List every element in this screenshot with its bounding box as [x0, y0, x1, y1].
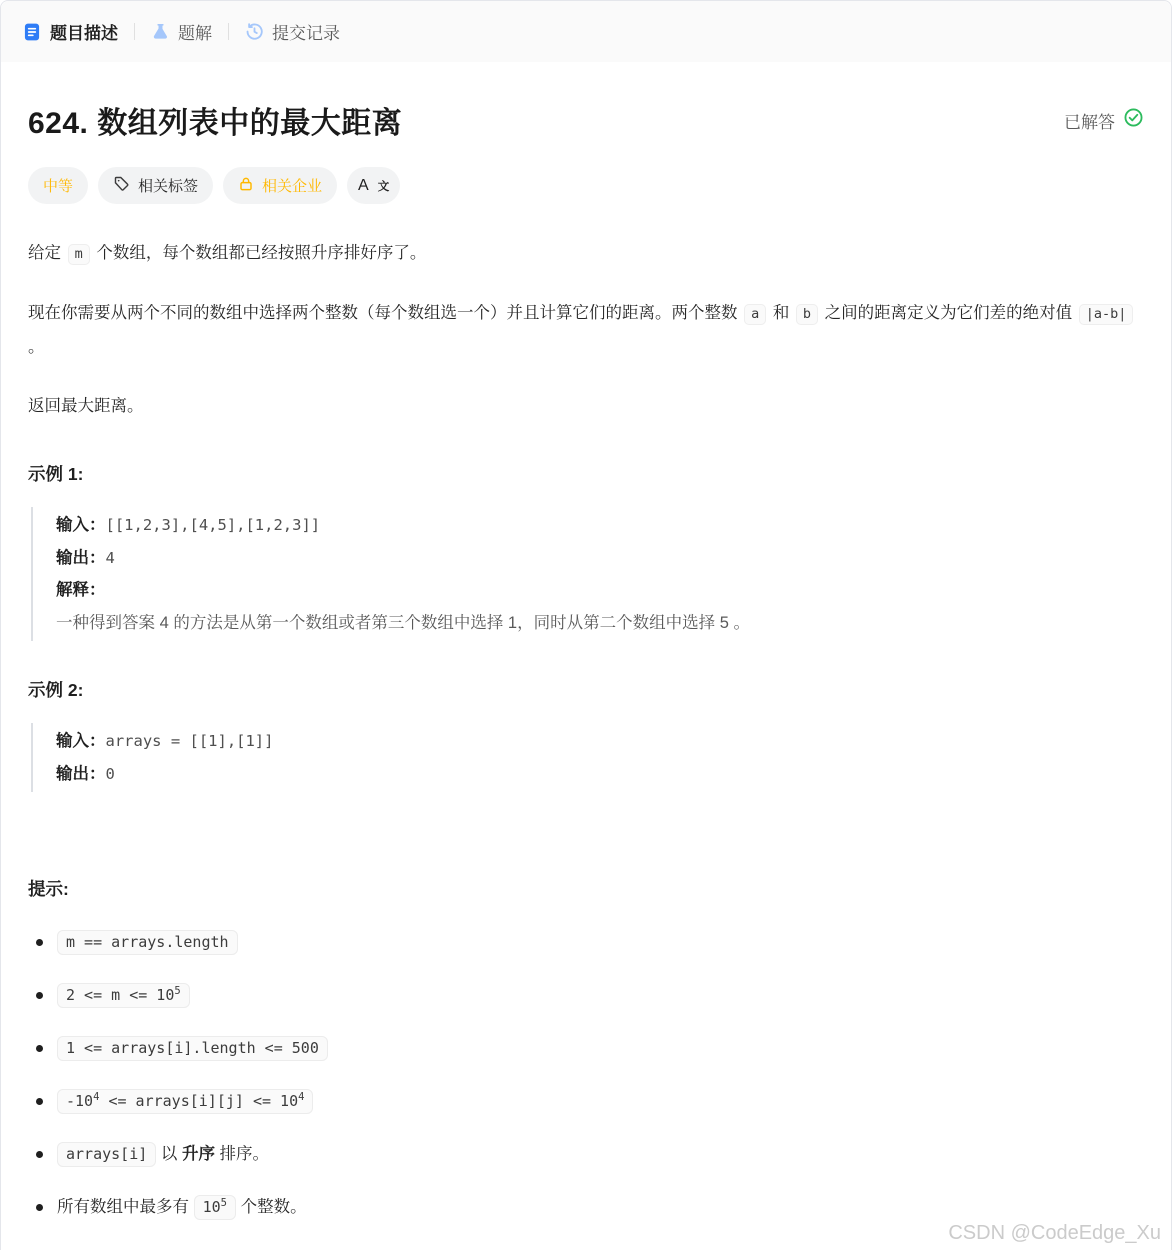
tab-description[interactable]: 题目描述	[22, 19, 118, 44]
tab-solutions-label: 题解	[178, 19, 212, 44]
inline-code-a: a	[744, 304, 766, 325]
text-format-label-wen: 文	[378, 178, 390, 194]
hint-code: 2 <= m <= 105	[57, 983, 190, 1008]
tab-submissions[interactable]: 提交记录	[245, 19, 340, 44]
hint-code: m == arrays.length	[57, 930, 238, 955]
hint-code: arrays[i]	[57, 1142, 156, 1167]
problem-content: 624. 数组列表中的最大距离 已解答 中等 相关标签 相关企业	[1, 98, 1171, 1222]
tab-divider	[134, 23, 135, 40]
tab-solutions[interactable]: 题解	[151, 19, 212, 44]
example-1-output: 输出：4	[56, 542, 1144, 575]
hint-item: m == arrays.length	[28, 927, 1144, 957]
lock-icon	[238, 176, 254, 196]
solved-status[interactable]: 已解答	[1064, 107, 1144, 133]
tag-icon	[113, 175, 130, 196]
page-title: 624. 数组列表中的最大距离	[28, 98, 402, 142]
inline-code-b: b	[796, 304, 818, 325]
related-tags-label: 相关标签	[138, 175, 198, 196]
text-format-button[interactable]: A文	[347, 167, 400, 204]
related-companies-label: 相关企业	[262, 175, 322, 196]
hint-code: 1 <= arrays[i].length <= 500	[57, 1036, 328, 1061]
inline-code-abs: |a-b|	[1079, 304, 1134, 325]
tab-divider	[228, 23, 229, 40]
example-2-block: 输入：arrays = [[1],[1]] 输出：0	[31, 723, 1144, 792]
flask-icon	[151, 22, 170, 41]
example-1-heading: 示例 1:	[28, 461, 1144, 486]
example-2-heading: 示例 2:	[28, 677, 1144, 702]
hint-item: 1 <= arrays[i].length <= 500	[28, 1033, 1144, 1063]
tab-submissions-label: 提交记录	[272, 19, 340, 44]
difficulty-badge[interactable]: 中等	[28, 167, 88, 204]
watermark: CSDN @CodeEdge_Xu	[948, 1222, 1161, 1245]
solved-label: 已解答	[1064, 108, 1115, 133]
problem-panel: 题目描述 题解 提交记录 624. 数组列表中的最大距离 已解答	[0, 0, 1172, 1250]
document-icon	[22, 22, 42, 42]
related-tags-button[interactable]: 相关标签	[98, 167, 213, 204]
hint-item: arrays[i] 以 升序 排序。	[28, 1139, 1144, 1169]
description-paragraph-2: 现在你需要从两个不同的数组中选择两个整数（每个数组选一个）并且计算它们的距离。两…	[28, 297, 1144, 364]
text-format-label-a: A	[358, 177, 369, 195]
related-companies-button[interactable]: 相关企业	[223, 167, 337, 204]
history-icon	[245, 22, 264, 41]
inline-code-m: m	[68, 244, 90, 265]
tab-description-label: 题目描述	[50, 19, 118, 44]
example-2-output: 输出：0	[56, 758, 1144, 791]
example-1-block: 输入：[[1,2,3],[4,5],[1,2,3]] 输出：4 解释： 一种得到…	[31, 507, 1144, 641]
hints-list: m == arrays.length 2 <= m <= 105 1 <= ar…	[28, 927, 1144, 1222]
example-1-input: 输入：[[1,2,3],[4,5],[1,2,3]]	[56, 509, 1144, 542]
badge-row: 中等 相关标签 相关企业 A文	[28, 167, 1144, 204]
description-paragraph-3: 返回最大距离。	[28, 390, 1144, 423]
hint-code: 105	[194, 1195, 236, 1220]
check-circle-icon	[1123, 107, 1144, 133]
hint-item: 所有数组中最多有 105 个整数。	[28, 1192, 1144, 1222]
tab-bar: 题目描述 题解 提交记录	[1, 1, 1171, 62]
example-1-explanation: 一种得到答案 4 的方法是从第一个数组或者第三个数组中选择 1，同时从第二个数组…	[56, 607, 1144, 640]
example-1-explain-label: 解释：	[56, 574, 1144, 607]
hint-item: 2 <= m <= 105	[28, 980, 1144, 1010]
title-row: 624. 数组列表中的最大距离 已解答	[28, 98, 1144, 142]
hints-heading: 提示:	[28, 876, 1144, 901]
description-paragraph-1: 给定 m 个数组，每个数组都已经按照升序排好序了。	[28, 237, 1144, 271]
hint-code: -104 <= arrays[i][j] <= 104	[57, 1089, 313, 1114]
example-2-input: 输入：arrays = [[1],[1]]	[56, 725, 1144, 758]
hint-item: -104 <= arrays[i][j] <= 104	[28, 1086, 1144, 1116]
